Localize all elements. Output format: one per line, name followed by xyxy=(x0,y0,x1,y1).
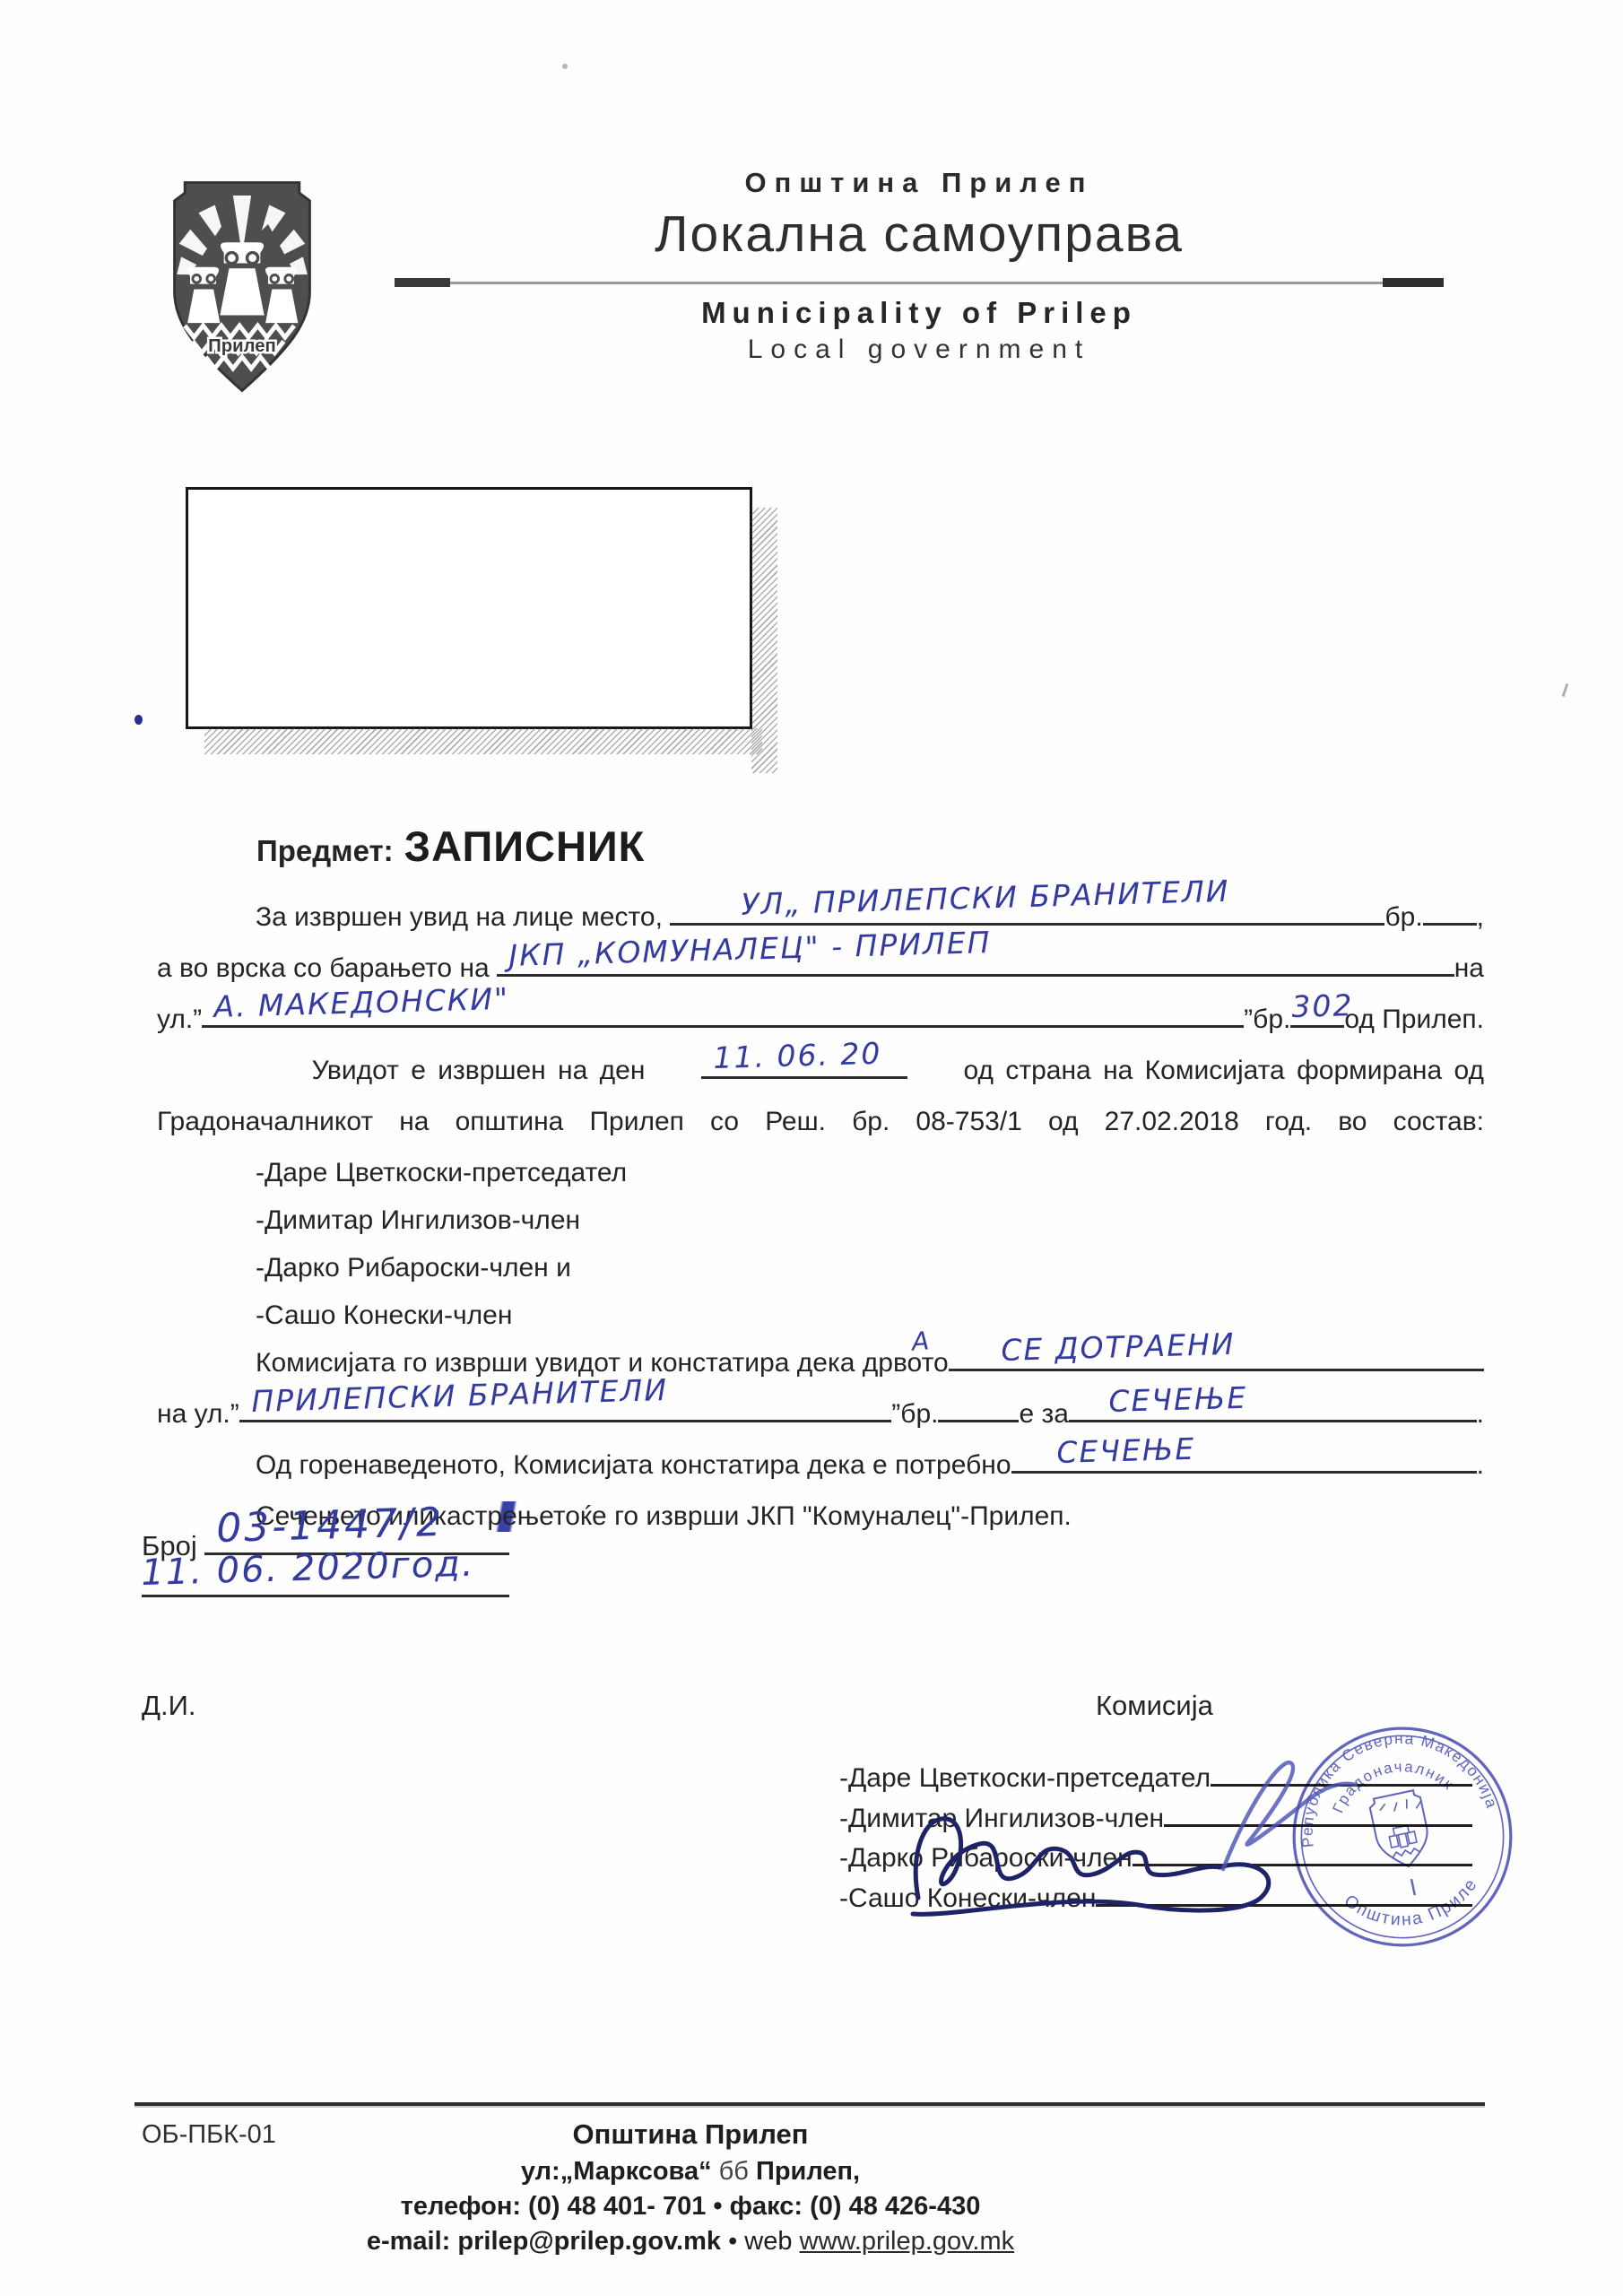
printed-text: ќе го изврши ЈКП "Комуналец"-Прилеп. xyxy=(580,1501,1072,1532)
line-finding-street: на ул.” ПРИЛЕПСКИ БРАНИТЕЛИ ”бр. е за СЕ… xyxy=(157,1399,1484,1450)
word-tree: дрвото А xyxy=(863,1348,949,1378)
blank-underline xyxy=(1423,916,1477,926)
struck-word: кастрењето xyxy=(434,1501,580,1532)
blank-underline: ПРИЛЕПСКИ БРАНИТЕЛИ xyxy=(239,1413,892,1422)
handwritten-action: СЕЧЕЊЕ xyxy=(1108,1380,1248,1419)
ink-dot xyxy=(135,715,143,725)
footer-divider xyxy=(135,2102,1485,2106)
org-name-mk: Општина Прилеп xyxy=(395,167,1444,199)
footer-org-name: Општина Прилеп xyxy=(278,2118,1103,2151)
blank-underline xyxy=(938,1413,1019,1422)
member-item: -Сашо Конески-член xyxy=(157,1300,1484,1348)
footer-phone-fax: телефон: (0) 48 401- 701 • факс: (0) 48 … xyxy=(278,2192,1103,2222)
printed-text: За извршен увид на лице место, xyxy=(256,902,663,933)
subject-line: Предмет: ЗАПИСНИК xyxy=(256,822,645,871)
line-mayor-decision: Градоначалникот на општина Прилеп со Реш… xyxy=(157,1107,1484,1158)
printed-text: ”бр. xyxy=(1244,1004,1290,1035)
printed-text: . xyxy=(1477,1450,1484,1481)
logo-caption: Прилеп xyxy=(208,336,276,356)
header-divider xyxy=(395,278,1444,287)
blank-underline: А. МАКЕДОНСКИ" xyxy=(202,1018,1244,1028)
org-subtitle-mk: Локална самоуправа xyxy=(395,204,1444,264)
printed-text: бр. xyxy=(1384,902,1422,933)
printed-text: од страна на Комисијата формирана од xyxy=(964,1056,1484,1086)
blank-underline: ЈКП „КОМУНАЛЕЦ" - ПРИЛЕП xyxy=(497,967,1454,977)
printed-text: Увидот е извршен на ден xyxy=(312,1056,646,1086)
member-item: -Димитар Ингилизов-член xyxy=(157,1205,1484,1253)
handwritten-street-number: 302 xyxy=(1291,987,1354,1024)
subject-label: Предмет: xyxy=(256,834,394,868)
scan-speck xyxy=(562,64,568,69)
printed-text: Комисијата го изврши увидот и констатира… xyxy=(256,1348,855,1378)
printed-text: а во врска со барањето на xyxy=(157,953,490,984)
blank-underline: 11. 06. 20 xyxy=(701,1069,907,1079)
member-item: -Дарко Рибароски-член и xyxy=(157,1253,1484,1300)
blank-field-box xyxy=(186,487,752,729)
printed-text: на ул.” xyxy=(157,1399,239,1430)
handwritten-requester-street: А. МАКЕДОНСКИ" xyxy=(213,981,510,1024)
signature-stroke-light xyxy=(1193,1744,1381,1878)
line-inspection-date: Увидот е извршен на ден 11. 06. 20 од ст… xyxy=(157,1056,1484,1107)
printed-text: е за xyxy=(1019,1399,1068,1430)
org-name-en: Municipality of Prilep xyxy=(395,296,1444,330)
form-code: ОБ-ПБК-01 xyxy=(142,2120,276,2150)
handwritten-finding: СЕ ДОТРАЕНИ xyxy=(1001,1326,1236,1368)
scan-tick xyxy=(1562,683,1568,697)
handwritten-record-number: 03-1447/2 xyxy=(216,1500,445,1552)
commission-label: Комисија xyxy=(1096,1690,1213,1722)
document-page: Прилеп Општина Прилеп Локална самоуправа… xyxy=(0,0,1623,2296)
handwritten-date: 11. 06. 20 xyxy=(713,1036,882,1075)
printed-text: , xyxy=(1477,902,1484,933)
handwritten-correction-letter: А xyxy=(911,1326,930,1356)
footer-contact-block: Општина Прилеп ул:„Марксова“ бб Прилеп, … xyxy=(278,2118,1103,2257)
footer-address: ул:„Марксова“ бб Прилеп, xyxy=(278,2157,1103,2187)
printed-text: на xyxy=(1454,953,1484,984)
blank-underline: СЕЧЕЊЕ xyxy=(1069,1413,1477,1422)
blank-underline: 302 xyxy=(1290,1018,1344,1028)
blank-underline: УЛ„ ПРИЛЕПСКИ БРАНИТЕЛИ xyxy=(670,916,1384,926)
member-item: -Даре Цветкоски-претседател xyxy=(157,1158,1484,1205)
blank-underline: СЕ ДОТРАЕНИ xyxy=(949,1361,1484,1371)
printed-text: ул.” xyxy=(157,1004,202,1035)
handwritten-action-2: СЕЧЕЊЕ xyxy=(1056,1431,1196,1470)
org-subtitle-en: Local government xyxy=(395,335,1444,365)
printed-text: ”бр. xyxy=(891,1399,938,1430)
blank-underline: СЕЧЕЊЕ xyxy=(1011,1464,1477,1474)
web-link: www.prilep.gov.mk xyxy=(800,2227,1015,2256)
subject-title: ЗАПИСНИК xyxy=(404,822,646,871)
clerk-initials: Д.И. xyxy=(142,1690,196,1722)
handwritten-street-name: УЛ„ ПРИЛЕПСКИ БРАНИТЕЛИ xyxy=(741,874,1230,922)
record-number-block: Број 03-1447/2 11. 06. 2020год. xyxy=(142,1530,563,1639)
letterhead: Општина Прилеп Локална самоуправа Munici… xyxy=(395,167,1444,365)
footer-email-web: e-mail: prilep@prilep.gov.mk • web www.p… xyxy=(278,2227,1103,2257)
printed-text: Од горенаведеното, Комисијата констатира… xyxy=(256,1450,1011,1481)
line-conclusion: Од горенаведеното, Комисијата констатира… xyxy=(157,1450,1484,1501)
body-paragraph: За извршен увид на лице место, УЛ„ ПРИЛЕ… xyxy=(157,902,1484,1552)
printed-text: . xyxy=(1477,1399,1484,1430)
footer-email: e-mail: prilep@prilep.gov.mk xyxy=(367,2227,721,2256)
printed-text: од Прилеп. xyxy=(1344,1004,1484,1035)
blank-underline: 11. 06. 2020год. xyxy=(142,1587,509,1597)
municipality-coat-of-arms-logo: Прилеп xyxy=(164,169,320,407)
